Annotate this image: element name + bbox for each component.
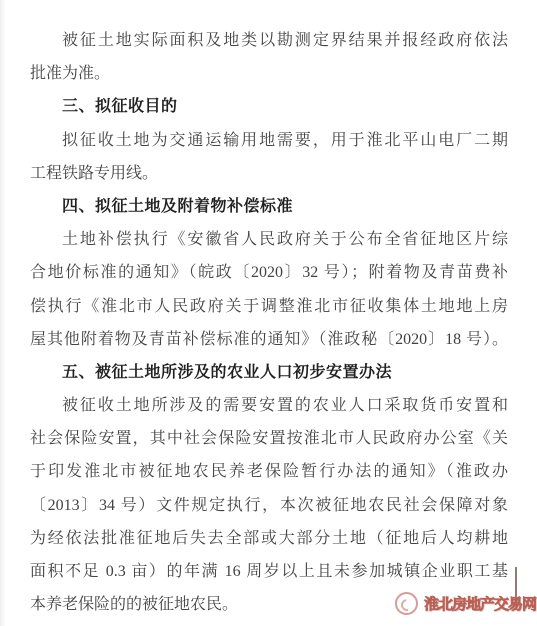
document-line: 被征收土地所涉及的需要安置的农业人口采取货币安置和 xyxy=(30,389,508,422)
document-body: 被征土地实际面积及地类以勘测定界结果并报经政府依法批准为准。三、拟征收目的拟征收… xyxy=(30,24,508,621)
document-line: 批准为准。 xyxy=(30,57,508,90)
section-heading: 三、拟征收目的 xyxy=(30,90,508,123)
section-heading: 五、被征土地所涉及的农业人口初步安置办法 xyxy=(30,356,508,389)
document-line: 合地价标准的通知》（皖政〔2020〕32 号）；附着物及青苗费补 xyxy=(30,256,508,289)
document-line: 被征土地实际面积及地类以勘测定界结果并报经政府依法 xyxy=(30,24,508,57)
document-line: 土地补偿执行《安徽省人民政府关于公布全省征地区片综 xyxy=(30,223,508,256)
site-watermark: 淮北房地产交易网 xyxy=(395,592,536,615)
document-line: 工程铁路专用线。 xyxy=(30,157,508,190)
section-heading: 四、拟征土地及附着物补偿标准 xyxy=(30,190,508,223)
watermark-logo-icon xyxy=(395,592,418,615)
document-line: 屋其他附着物及青苗补偿标准的通知》（淮政秘〔2020〕18 号）。 xyxy=(30,323,508,356)
document-line: 〔2013〕34 号）文件规定执行，本次被征地农民社会保障对象 xyxy=(30,489,508,522)
document-line: 偿执行《淮北市人民政府关于调整淮北市征收集体土地地上房 xyxy=(30,290,508,323)
document-line: 社会保险安置，其中社会保险安置按淮北市人民政府办公室《关 xyxy=(30,422,508,455)
watermark-site-name: 淮北房地产交易网 xyxy=(424,593,536,614)
document-line: 于印发淮北市被征地农民养老保险暂行办法的通知》（淮政办 xyxy=(30,455,508,488)
document-line: 为经依法批准征地后失去全部或大部分土地（征地后人均耕地 xyxy=(30,522,508,555)
scanned-document-page: 被征土地实际面积及地类以勘测定界结果并报经政府依法批准为准。三、拟征收目的拟征收… xyxy=(0,0,537,626)
document-line: 拟征收土地为交通运输用地需要，用于淮北平山电厂二期 xyxy=(30,124,508,157)
document-line: 面积不足 0.3 亩）的年满 16 周岁以上且未参加城镇企业职工基 xyxy=(30,555,508,588)
